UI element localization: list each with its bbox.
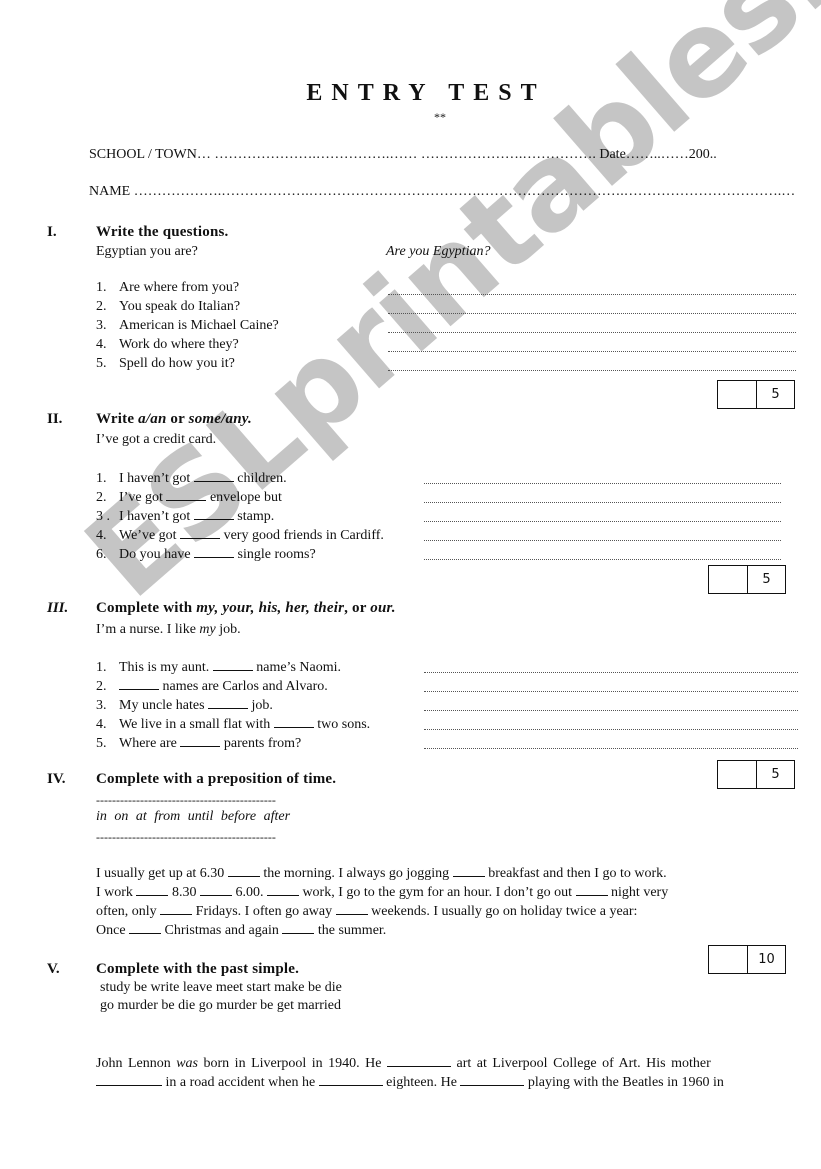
- paragraph-text: I work: [96, 885, 136, 900]
- item-number: 3 .: [96, 509, 119, 525]
- section-5-paragraph-line-1: John Lennon was born in Liverpool in 194…: [96, 1054, 804, 1073]
- item-text: We live in a small flat with: [119, 717, 274, 732]
- list-item: 6.Do you have single rooms?: [96, 545, 316, 563]
- paragraph-text: night very: [608, 885, 669, 900]
- school-dots: … ………………….…………….…… ………………….…………….: [197, 147, 600, 162]
- preposition-word-bank: in on at from until before after: [96, 809, 290, 825]
- answer-blank[interactable]: [166, 488, 206, 501]
- answer-blank[interactable]: [336, 902, 368, 915]
- answer-blank[interactable]: [460, 1073, 524, 1086]
- item-text: children.: [234, 471, 287, 486]
- section-3-title: Complete with my, your, his, her, their,…: [96, 600, 396, 617]
- paragraph-text: Christmas and again: [161, 923, 282, 938]
- item-number: 4.: [96, 337, 119, 353]
- year-text: 200..: [689, 147, 717, 162]
- score-max: 5: [757, 381, 794, 408]
- item-text: I haven’t got: [119, 471, 194, 486]
- paragraph-text: weekends. I usually go on holiday twice …: [368, 904, 638, 919]
- item-text: Where are: [119, 736, 180, 751]
- list-item: 1.Are where from you?: [96, 280, 239, 296]
- section-2-score-box: 5: [708, 565, 786, 594]
- item-text: very good friends in Cardiff.: [220, 528, 384, 543]
- section-1-title: Write the questions.: [96, 224, 228, 241]
- item-number: 4.: [96, 717, 119, 733]
- paragraph-text: Once: [96, 923, 129, 938]
- answer-blank[interactable]: [267, 883, 299, 896]
- item-number: 6.: [96, 547, 119, 563]
- answer-line[interactable]: [388, 332, 796, 333]
- list-item: 4.We’ve got very good friends in Cardiff…: [96, 526, 384, 544]
- section-4-paragraph: I usually get up at 6.30 the morning. I …: [96, 864, 668, 940]
- answer-blank[interactable]: [387, 1054, 451, 1067]
- date-label: Date: [599, 147, 625, 162]
- list-item: 4.We live in a small flat with two sons.: [96, 715, 370, 733]
- section-4-title: Complete with a preposition of time.: [96, 771, 336, 788]
- list-item: 1.I haven’t got children.: [96, 469, 287, 487]
- answer-line[interactable]: [424, 502, 781, 503]
- item-number: 2.: [96, 490, 119, 506]
- score-max: 5: [748, 566, 785, 593]
- school-town-field[interactable]: SCHOOL / TOWN… ………………….…………….…… ………………….…: [89, 147, 717, 163]
- section-2-title: Write a/an or some/any.: [96, 411, 252, 428]
- page-title: ENTRY TEST: [0, 80, 821, 107]
- item-text: My uncle hates: [119, 698, 208, 713]
- verb-bank-line-2: go murder be die go murder be get marrie…: [100, 998, 341, 1014]
- answer-blank[interactable]: [194, 507, 234, 520]
- name-field[interactable]: NAME ……………….……………….……………………………….………………………: [89, 184, 795, 200]
- answer-blank[interactable]: [453, 864, 485, 877]
- list-item: 3.My uncle hates job.: [96, 696, 273, 714]
- answer-line[interactable]: [424, 559, 781, 560]
- list-item: 1.This is my aunt. name’s Naomi.: [96, 658, 341, 676]
- paragraph-text: the morning. I always go jogging: [260, 866, 453, 881]
- score-input[interactable]: [709, 566, 748, 593]
- section-3-number: III.: [47, 600, 68, 617]
- answer-blank[interactable]: [160, 902, 192, 915]
- paragraph-line: Once Christmas and again the summer.: [96, 921, 668, 940]
- section-1-example: Egyptian you are?: [96, 244, 198, 260]
- list-item: 5.Where are parents from?: [96, 734, 301, 752]
- score-max: 5: [757, 761, 794, 788]
- item-number: 5.: [96, 736, 119, 752]
- item-text: This is my aunt.: [119, 660, 213, 675]
- name-dots: ……………….……………….……………………………….………………………….………: [134, 184, 796, 199]
- answer-blank[interactable]: [200, 883, 232, 896]
- item-text: two sons.: [314, 717, 370, 732]
- answer-blank[interactable]: [228, 864, 260, 877]
- list-item: 2.I’ve got envelope but: [96, 488, 282, 506]
- answer-blank[interactable]: [194, 545, 234, 558]
- section-4-number: IV.: [47, 771, 66, 788]
- item-text: We’ve got: [119, 528, 180, 543]
- answer-line[interactable]: [388, 370, 796, 371]
- item-text: I’ve got: [119, 490, 166, 505]
- answer-blank[interactable]: [180, 526, 220, 539]
- item-text: Spell do how you it?: [119, 356, 235, 371]
- paragraph-line: often, only Fridays. I often go away wee…: [96, 902, 668, 921]
- section-5-title: Complete with the past simple.: [96, 961, 299, 978]
- answer-blank[interactable]: [208, 696, 248, 709]
- list-item: 4.Work do where they?: [96, 337, 239, 353]
- list-item: 3 .I haven’t got stamp.: [96, 507, 274, 525]
- answer-line[interactable]: [388, 294, 796, 295]
- paragraph-text: 6.00.: [232, 885, 267, 900]
- answer-blank[interactable]: [136, 883, 168, 896]
- item-number: 1.: [96, 280, 119, 296]
- item-text: parents from?: [220, 736, 301, 751]
- section-2-number: II.: [47, 411, 62, 428]
- list-item: 2. names are Carlos and Alvaro.: [96, 677, 328, 695]
- answer-line[interactable]: [424, 748, 798, 749]
- section-5-paragraph-line-2: in a road accident when he eighteen. He …: [96, 1073, 724, 1092]
- title-stars: **: [0, 110, 821, 125]
- section-1-example-answer: Are you Egyptian?: [386, 244, 490, 260]
- item-text: American is Michael Caine?: [119, 318, 279, 333]
- school-label: SCHOOL / TOWN: [89, 147, 197, 162]
- answer-blank[interactable]: [180, 734, 220, 747]
- section-3-score-box: 5: [717, 760, 795, 789]
- item-text: names are Carlos and Alvaro.: [159, 679, 328, 694]
- answer-blank[interactable]: [213, 658, 253, 671]
- item-text: You speak do Italian?: [119, 299, 240, 314]
- section-2-example: I’ve got a credit card.: [96, 432, 216, 448]
- item-number: 5.: [96, 356, 119, 372]
- answer-line[interactable]: [388, 351, 796, 352]
- paragraph-line: I work 8.30 6.00. work, I go to the gym …: [96, 883, 668, 902]
- answer-line[interactable]: [388, 313, 796, 314]
- item-text: I haven’t got: [119, 509, 194, 524]
- verb-bank-line-1: study be write leave meet start make be …: [100, 980, 342, 996]
- answer-line[interactable]: [424, 691, 798, 692]
- answer-line[interactable]: [424, 521, 781, 522]
- name-label: NAME: [89, 184, 130, 199]
- score-input[interactable]: [709, 946, 748, 973]
- paragraph-line: I usually get up at 6.30 the morning. I …: [96, 864, 668, 883]
- answer-blank[interactable]: [319, 1073, 383, 1086]
- paragraph-text: I usually get up at 6.30: [96, 866, 228, 881]
- answer-blank[interactable]: [129, 921, 161, 934]
- score-max: 10: [748, 946, 785, 973]
- section-3-example: I’m a nurse. I like my job.: [96, 622, 241, 638]
- date-dots: ……..……: [626, 147, 689, 162]
- item-text: name’s Naomi.: [253, 660, 341, 675]
- item-text: stamp.: [234, 509, 274, 524]
- answer-line[interactable]: [424, 710, 798, 711]
- paragraph-text: work, I go to the gym for an hour. I don…: [299, 885, 576, 900]
- item-text: envelope but: [206, 490, 281, 505]
- paragraph-text: 8.30: [168, 885, 200, 900]
- item-number: 2.: [96, 679, 119, 695]
- list-item: 5.Spell do how you it?: [96, 356, 235, 372]
- list-item: 2.You speak do Italian?: [96, 299, 240, 315]
- item-text: Are where from you?: [119, 280, 239, 295]
- answer-line[interactable]: [424, 540, 781, 541]
- answer-blank[interactable]: [96, 1073, 162, 1086]
- section-5-number: V.: [47, 961, 60, 978]
- item-text: job.: [248, 698, 273, 713]
- dash-line-top: ----------------------------------------…: [96, 793, 276, 808]
- answer-blank[interactable]: [119, 677, 159, 690]
- section-1-score-box: 5: [717, 380, 795, 409]
- answer-blank[interactable]: [282, 921, 314, 934]
- answer-blank[interactable]: [274, 715, 314, 728]
- answer-blank[interactable]: [576, 883, 608, 896]
- section-4-score-box: 10: [708, 945, 786, 974]
- item-number: 1.: [96, 660, 119, 676]
- item-number: 1.: [96, 471, 119, 487]
- paragraph-text: breakfast and then I go to work.: [485, 866, 667, 881]
- item-number: 3.: [96, 318, 119, 334]
- item-number: 4.: [96, 528, 119, 544]
- score-input[interactable]: [718, 381, 757, 408]
- answer-blank[interactable]: [194, 469, 234, 482]
- paragraph-text: the summer.: [314, 923, 386, 938]
- item-text: single rooms?: [234, 547, 316, 562]
- answer-line[interactable]: [424, 483, 781, 484]
- item-text: Do you have: [119, 547, 194, 562]
- answer-line[interactable]: [424, 729, 798, 730]
- dash-line-bottom: ----------------------------------------…: [96, 830, 276, 845]
- item-text: Work do where they?: [119, 337, 239, 352]
- score-input[interactable]: [718, 761, 757, 788]
- item-number: 2.: [96, 299, 119, 315]
- section-1-number: I.: [47, 224, 57, 241]
- item-number: 3.: [96, 698, 119, 714]
- paragraph-text: often, only: [96, 904, 160, 919]
- list-item: 3.American is Michael Caine?: [96, 318, 279, 334]
- paragraph-text: Fridays. I often go away: [192, 904, 335, 919]
- answer-line[interactable]: [424, 672, 798, 673]
